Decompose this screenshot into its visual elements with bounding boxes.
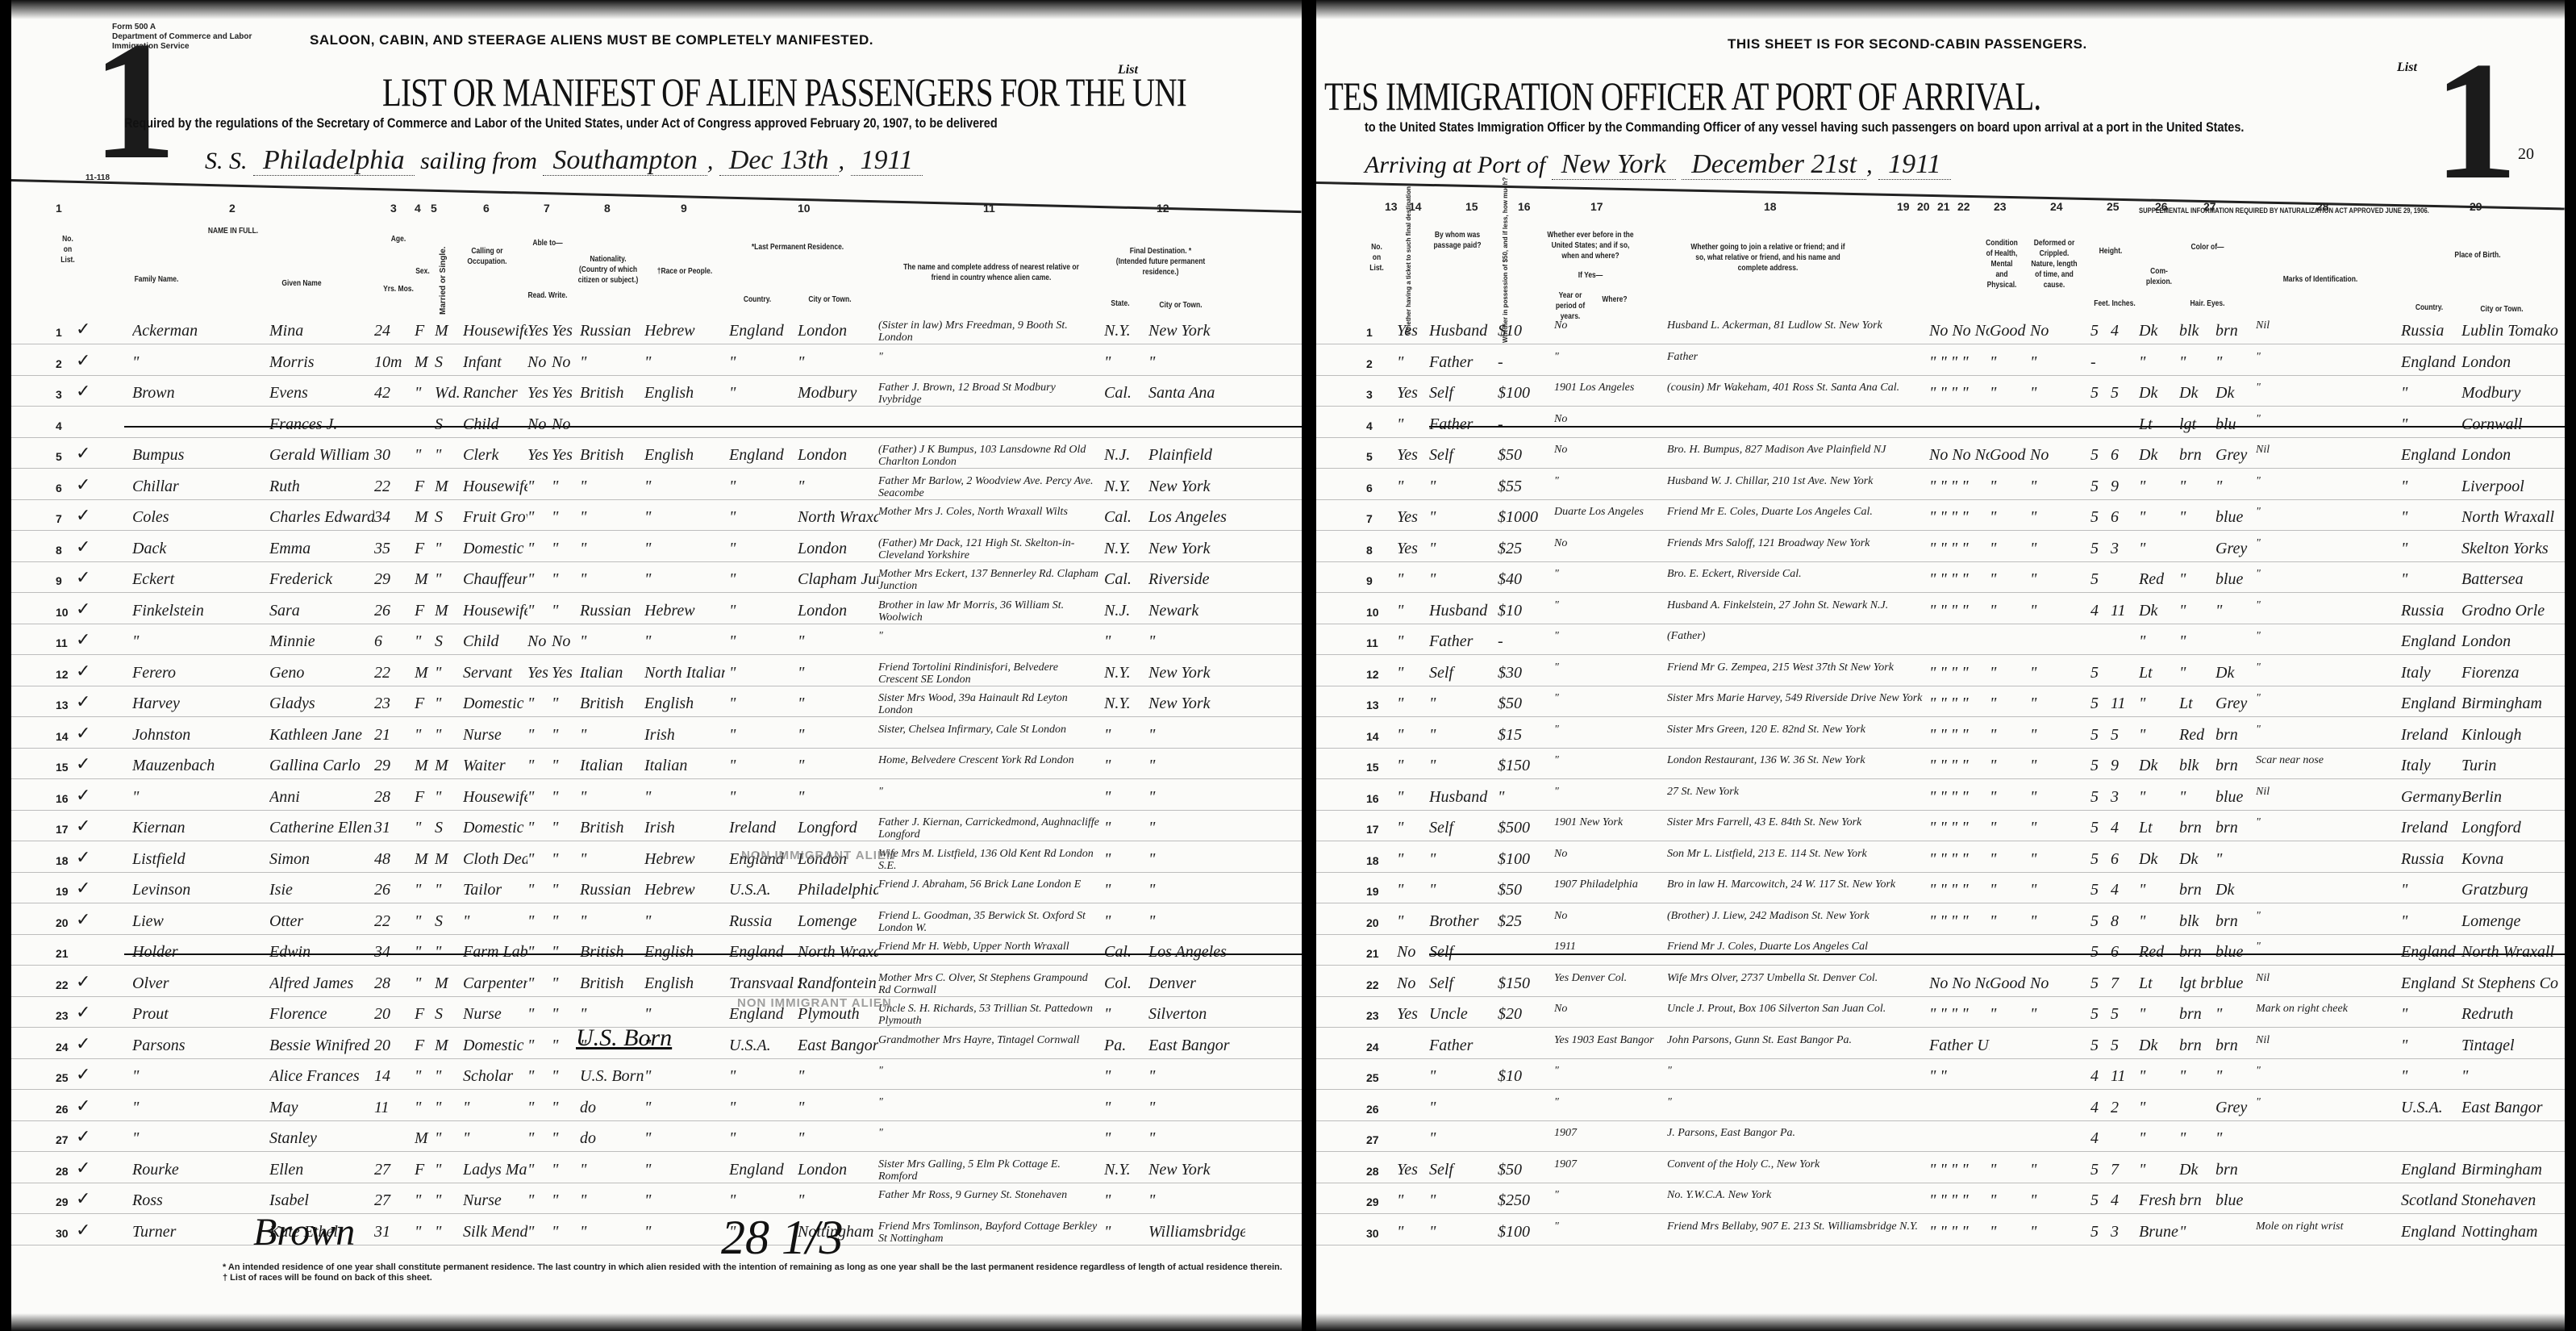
cell-dest-city: Santa Ana <box>1148 384 1245 403</box>
checkmark-icon: ✓ <box>76 1158 90 1179</box>
cell-money: $100 <box>1498 850 1554 869</box>
cell-relative: Wife Mrs M. Listfield, 136 Old Kent Rd L… <box>878 848 1100 872</box>
cell-state: " <box>1104 353 1144 372</box>
table-row: 20"Brother$25No(Brother) J. Liew, 242 Ma… <box>1316 909 2565 935</box>
cell-city: Randfontein <box>798 974 878 993</box>
header-given-name: Given Name <box>274 278 329 289</box>
cell-country: England <box>729 1161 802 1179</box>
header-ticket: Whether having a ticket to such final de… <box>1405 222 1412 335</box>
cell-read: " <box>527 1191 552 1210</box>
cell-joining: Friend Mr E. Coles, Duarte Los Angeles C… <box>1667 506 1941 518</box>
cell-state: " <box>1104 1005 1144 1024</box>
cell-complexion: Fresh <box>2139 1191 2179 1210</box>
cell-dest-city: Plainfield <box>1148 446 1245 465</box>
cell-given: Morris <box>269 353 374 372</box>
cell-flags: " " " " <box>1929 726 1990 745</box>
cell-hair: brn <box>2179 819 2215 837</box>
cell-no: 10 <box>1366 606 1390 619</box>
cell-complexion: " <box>2139 478 2179 496</box>
cell-country: England <box>729 943 802 962</box>
cell-relative: Sister Mrs Wood, 39a Hainault Rd Leyton … <box>878 692 1100 716</box>
cell-ms: S <box>435 1005 459 1024</box>
cell-ft: 5 <box>2090 384 2111 403</box>
cell-eyes: " <box>2215 602 2256 620</box>
cell-nationality: Russian <box>580 322 644 340</box>
cell-sex: " <box>415 819 435 837</box>
cell-ms: M <box>435 974 459 993</box>
cell-read: " <box>527 912 552 931</box>
cell-race: Irish <box>644 726 725 745</box>
cell-dest-city: East Bangor <box>1148 1037 1245 1055</box>
header-nationality: Nationality. (Country of which citizen o… <box>577 254 640 286</box>
cell-money: $50 <box>1498 881 1554 899</box>
cell-hair: " <box>2179 1223 2215 1241</box>
departure-year: 1911 <box>851 145 923 176</box>
cell-city: " <box>798 1067 878 1086</box>
column-number: 24 <box>2050 200 2063 213</box>
cell-paid: Father <box>1429 632 1502 651</box>
cell-eyes: Dk <box>2215 384 2256 403</box>
header-feet-inches: Feet. Inches. <box>2090 298 2139 309</box>
cell-hair: brn <box>2179 446 2215 465</box>
cell-marks: Mole on right wrist <box>2256 1220 2401 1233</box>
cell-relative: Mother Mrs Eckert, 137 Bennerley Rd. Cla… <box>878 568 1100 592</box>
footnote-races: † List of races will be found on back of… <box>223 1273 432 1283</box>
tally-annotation: 28 1/3 <box>721 1210 844 1266</box>
cell-money: $25 <box>1498 912 1554 931</box>
header-state: State. <box>1107 298 1134 309</box>
cell-nationality: " <box>580 850 644 869</box>
cell-relative: Uncle S. H. Richards, 53 Trillian St. Pa… <box>878 1003 1100 1027</box>
cell-health: Good <box>1990 446 2026 465</box>
checkmark-icon: ✓ <box>76 319 90 340</box>
cell-complexion: Dk <box>2139 850 2179 869</box>
cell-marks: " <box>2256 382 2401 394</box>
cell-paid: Father <box>1429 415 1502 434</box>
cell-nationality: " <box>580 912 644 931</box>
cell-write: " <box>552 1129 576 1148</box>
cell-occupation: Housewife <box>463 788 527 807</box>
cell-ticket: " <box>1397 353 1429 372</box>
cell-flags: No No No No <box>1929 974 1990 993</box>
cell-b-city: St Stephens Cornwall <box>2461 974 2558 993</box>
cell-state: " <box>1104 726 1144 745</box>
cell-money: $50 <box>1498 695 1554 713</box>
cell-sex: F <box>415 602 435 620</box>
cell-age: 20 <box>374 1037 406 1055</box>
cell-read: " <box>527 602 552 620</box>
cell-given: Kathleen Jane <box>269 726 374 745</box>
cell-nationality: do <box>580 1129 644 1148</box>
table-row: 1YesHusband$10NoHusband L. Ackerman, 81 … <box>1316 319 2565 344</box>
cell-sex: M <box>415 508 435 527</box>
checkmark-icon: ✓ <box>76 443 90 464</box>
cell-nationality: Russian <box>580 602 644 620</box>
cell-occupation: Chauffeur <box>463 570 527 589</box>
cell-paid: " <box>1429 508 1502 527</box>
cell-joining: Bro in law H. Marcowitch, 24 W. 117 St. … <box>1667 878 1941 891</box>
header-marks: Marks of Identification. <box>2276 274 2366 285</box>
cell-hair: brn <box>2179 1005 2215 1024</box>
cell-occupation: Silk Mender <box>463 1223 527 1241</box>
cell-ticket: " <box>1397 912 1429 931</box>
cell-nationality: Russian <box>580 881 644 899</box>
cell-money: $100 <box>1498 384 1554 403</box>
cell-no: 9 <box>1366 574 1390 587</box>
cell-read: " <box>527 1129 552 1148</box>
cell-before: " <box>1554 661 1663 674</box>
cell-ticket: " <box>1397 602 1429 620</box>
cell-paid: Father <box>1429 353 1502 372</box>
cell-read: No <box>527 415 552 434</box>
cell-b-country: Italy <box>2401 664 2466 682</box>
cell-race: " <box>644 540 725 558</box>
column-number: 23 <box>1994 200 2007 213</box>
cell-no: 23 <box>1366 1009 1390 1022</box>
checkmark-icon: ✓ <box>76 1033 90 1054</box>
cell-city: " <box>798 353 878 372</box>
cell-hair: " <box>2179 602 2215 620</box>
cell-write: " <box>552 1067 576 1086</box>
cell-read: " <box>527 881 552 899</box>
cell-sex: M <box>415 1129 435 1148</box>
column-number: 8 <box>604 202 611 215</box>
cell-marks: " <box>2256 351 2401 363</box>
cell-hair: Dk <box>2179 850 2215 869</box>
cell-race: English <box>644 446 725 465</box>
cell-race: North Italian <box>644 664 725 682</box>
table-row: 26"""42"Grey"U.S.A.East Bangor <box>1316 1095 2565 1121</box>
cell-occupation: Infant <box>463 353 527 372</box>
cell-city: " <box>798 757 878 775</box>
table-row: 15""$150"London Restaurant, 136 W. 36 St… <box>1316 753 2565 779</box>
us-born-annotation: U.S. Born <box>576 1024 672 1052</box>
header-height: Height. <box>2094 246 2128 257</box>
cell-state: Cal. <box>1104 570 1144 589</box>
ss-label: S. S. <box>205 148 248 174</box>
cell-ft: 5 <box>2090 912 2111 931</box>
cell-joining: No. Y.W.C.A. New York <box>1667 1189 1941 1201</box>
cell-no: 21 <box>56 947 80 960</box>
table-row: 6✓ChillarRuth22FMHousewife""""""Father M… <box>11 474 1302 500</box>
cell-sex: " <box>415 1223 435 1241</box>
cell-joining: Sister Mrs Marie Harvey, 549 Riverside D… <box>1667 692 1941 704</box>
cell-before: " <box>1554 568 1663 580</box>
cell-country: " <box>729 384 802 403</box>
cell-health: " <box>1990 1223 2026 1241</box>
cell-complexion: " <box>2139 726 2179 745</box>
cell-before: " <box>1554 786 1663 798</box>
cell-ft: 5 <box>2090 757 2111 775</box>
checkmark-icon: ✓ <box>76 691 90 712</box>
cell-money: $40 <box>1498 570 1554 589</box>
cell-money: - <box>1498 415 1554 434</box>
cell-b-city: Modbury <box>2461 384 2558 403</box>
cell-ft: 5 <box>2090 1037 2111 1055</box>
cell-paid: Self <box>1429 1161 1502 1179</box>
cell-dest-city: " <box>1148 757 1245 775</box>
cell-money: $10 <box>1498 1067 1554 1086</box>
cell-b-city: Tintagel <box>2461 1037 2558 1055</box>
cell-b-country: England <box>2401 974 2466 993</box>
cell-family: Listfield <box>132 850 269 869</box>
cell-b-city: East Bangor <box>2461 1099 2558 1117</box>
cell-ms: " <box>435 881 459 899</box>
cell-city: London <box>798 446 878 465</box>
cell-b-country: England <box>2401 943 2466 962</box>
header-name-in-full: NAME IN FULL. <box>181 226 285 236</box>
cell-family: Mauzenbach <box>132 757 269 775</box>
cell-age: 24 <box>374 322 406 340</box>
checkmark-icon: ✓ <box>76 971 90 992</box>
cell-no: 25 <box>1366 1071 1390 1084</box>
cell-b-city: Longford <box>2461 819 2558 837</box>
column-number: 9 <box>681 202 687 215</box>
cell-given: Gerald William <box>269 446 374 465</box>
cell-city: Clapham Junction <box>798 570 878 589</box>
cell-b-country: " <box>2401 881 2466 899</box>
header-dest-city: City or Town. <box>1153 300 1208 311</box>
cell-occupation: Waiter <box>463 757 527 775</box>
cell-city: North Wraxall <box>798 943 878 962</box>
cell-joining: Uncle J. Prout, Box 106 Silverton San Ju… <box>1667 1003 1941 1015</box>
cell-deformed: " <box>2030 1223 2074 1241</box>
cell-money: - <box>1498 353 1554 372</box>
cell-write: " <box>552 1223 576 1241</box>
cell-in: 11 <box>2111 1067 2131 1086</box>
cell-b-country: Italy <box>2401 757 2466 775</box>
column-number: 15 <box>1465 200 1478 213</box>
column-number: 22 <box>1957 200 1970 213</box>
form-id-line: Form 500 A <box>112 23 252 32</box>
cell-paid: Self <box>1429 819 1502 837</box>
cell-b-city: London <box>2461 632 2558 651</box>
cell-ms: " <box>435 540 459 558</box>
cell-age: 23 <box>374 695 406 713</box>
cell-read: " <box>527 819 552 837</box>
cell-nationality: " <box>580 632 644 651</box>
cell-family: Ross <box>132 1191 269 1210</box>
column-number: 13 <box>1385 200 1398 213</box>
cell-joining: London Restaurant, 136 W. 36 St. New Yor… <box>1667 754 1941 766</box>
cell-race: " <box>644 570 725 589</box>
cell-hair: blk <box>2179 322 2215 340</box>
cell-age: 26 <box>374 881 406 899</box>
checkmark-icon: ✓ <box>76 909 90 930</box>
cell-family: Kiernan <box>132 819 269 837</box>
cell-b-country: Russia <box>2401 850 2466 869</box>
cell-marks: " <box>2256 692 2401 704</box>
cell-read: " <box>527 757 552 775</box>
non-immigrant-stamp: NON IMMIGRANT ALIEN <box>737 996 892 1010</box>
cell-write: " <box>552 1037 576 1055</box>
cell-paid: Husband <box>1429 322 1502 340</box>
cell-no: 6 <box>1366 482 1390 494</box>
manifest-left-page: 1 Form 500 A Department of Commerce and … <box>11 0 1302 1331</box>
cell-ms: " <box>435 446 459 465</box>
cell-sex: " <box>415 384 435 403</box>
cell-write: Yes <box>552 446 576 465</box>
sailing-from-label: sailing from <box>420 148 537 174</box>
cell-flags: " " <box>1929 1067 1990 1086</box>
cell-country: " <box>729 664 802 682</box>
header-where: Where? <box>1601 294 1628 305</box>
cell-age: 31 <box>374 1223 406 1241</box>
cell-read: " <box>527 726 552 745</box>
cell-b-country: England <box>2401 446 2466 465</box>
cell-deformed: " <box>2030 664 2074 682</box>
cell-before: " <box>1554 1096 1663 1108</box>
table-row: 25✓"Alice Frances14""Scholar""U.S. Born"… <box>11 1064 1302 1090</box>
checkmark-icon: ✓ <box>76 629 90 650</box>
table-row: 14✓JohnstonKathleen Jane21""Nurse"""Iris… <box>11 723 1302 749</box>
cell-hair: " <box>2179 1067 2215 1086</box>
cell-ms: M <box>435 757 459 775</box>
cell-dest-city: " <box>1148 353 1245 372</box>
cell-state: N.Y. <box>1104 1161 1144 1179</box>
cell-hair: " <box>2179 664 2215 682</box>
cell-family: " <box>132 1129 269 1148</box>
supplemental-banner: SUPPLEMENTAL INFORMATION REQUIRED BY NAT… <box>2099 206 2470 216</box>
cell-family: Prout <box>132 1005 269 1024</box>
table-row: 20✓LiewOtter22"S"""""RussiaLomengeFriend… <box>11 909 1302 935</box>
cell-ticket: " <box>1397 570 1429 589</box>
cell-b-city: London <box>2461 446 2558 465</box>
cell-city: Longford <box>798 819 878 837</box>
cell-ticket: Yes <box>1397 384 1429 403</box>
table-row: 4Frances J.SChildNoNo <box>11 412 1302 438</box>
cell-country: Ireland <box>729 819 802 837</box>
cell-health: " <box>1990 850 2026 869</box>
cell-eyes: blue <box>2215 1191 2256 1210</box>
cell-race: Hebrew <box>644 881 725 899</box>
header-last-residence: *Last Permanent Residence. <box>740 242 857 252</box>
cell-sex: " <box>415 881 435 899</box>
cell-paid: " <box>1429 1099 1502 1117</box>
cell-ticket: " <box>1397 664 1429 682</box>
cell-relative: Sister Mrs Galling, 5 Elm Pk Cottage E. … <box>878 1158 1100 1183</box>
cell-marks: Mark on right cheek <box>2256 1003 2401 1015</box>
cell-ticket: " <box>1397 1191 1429 1210</box>
checkmark-icon: ✓ <box>76 599 90 620</box>
checkmark-icon: ✓ <box>76 878 90 899</box>
cell-age: 34 <box>374 508 406 527</box>
cell-ticket: No <box>1397 974 1429 993</box>
cell-race: " <box>644 788 725 807</box>
cell-before: 1907 <box>1554 1158 1663 1170</box>
cell-before: 1907 <box>1554 1127 1663 1139</box>
cell-in: 5 <box>2111 1005 2131 1024</box>
cell-flags: " " " " <box>1929 478 1990 496</box>
cell-ms: " <box>435 1223 459 1241</box>
cell-nationality: " <box>580 540 644 558</box>
cell-ms: " <box>435 788 459 807</box>
cell-ft: 4 <box>2090 1129 2111 1148</box>
cell-eyes: " <box>2215 353 2256 372</box>
header-complexion: Com-plexion. <box>2142 266 2177 287</box>
header-if-yes: If Yes— <box>1563 270 1618 281</box>
header-yrs-mos: Yrs. Mos. <box>378 284 419 294</box>
cell-eyes: blue <box>2215 788 2256 807</box>
cell-country: " <box>729 1129 802 1148</box>
cell-dest-city: " <box>1148 819 1245 837</box>
scan-edge <box>1316 1313 2565 1331</box>
cell-state: " <box>1104 632 1144 651</box>
cell-no: 30 <box>1366 1227 1390 1240</box>
cell-b-country: " <box>2401 478 2466 496</box>
cell-state: " <box>1104 788 1144 807</box>
cell-state: " <box>1104 1191 1144 1210</box>
cell-money: $50 <box>1498 1161 1554 1179</box>
column-number: 10 <box>798 202 811 215</box>
cell-family: Finkelstein <box>132 602 269 620</box>
cell-ticket: " <box>1397 881 1429 899</box>
cell-ticket: Yes <box>1397 540 1429 558</box>
cell-nationality: British <box>580 446 644 465</box>
cell-complexion: Lt <box>2139 819 2179 837</box>
checkmark-icon: ✓ <box>76 1064 90 1085</box>
cell-family: Harvey <box>132 695 269 713</box>
table-row: 28YesSelf$501907Convent of the Holy C., … <box>1316 1158 2565 1183</box>
cell-eyes: " <box>2215 478 2256 496</box>
cell-before: Yes 1903 East Bangor <box>1554 1034 1663 1046</box>
cell-given: Alice Frances <box>269 1067 374 1086</box>
checkmark-icon: ✓ <box>76 723 90 744</box>
cell-given: Isie <box>269 881 374 899</box>
header-condition: Condition of Health, Mental and Physical… <box>1985 238 2020 290</box>
cell-dest-city: New York <box>1148 1161 1245 1179</box>
cell-marks: Nil <box>2256 444 2401 456</box>
cell-deformed: " <box>2030 540 2074 558</box>
cell-occupation: Tailor <box>463 881 527 899</box>
cell-relative: Father J. Brown, 12 Broad St Modbury Ivy… <box>878 382 1100 406</box>
cell-city: " <box>798 1191 878 1210</box>
checkmark-icon: ✓ <box>76 1188 90 1209</box>
cell-marks: " <box>2256 661 2401 674</box>
cell-ms: M <box>435 322 459 340</box>
cell-sex: F <box>415 478 435 496</box>
cell-dest-city: New York <box>1148 478 1245 496</box>
cell-write: " <box>552 695 576 713</box>
cell-race: " <box>644 1129 725 1148</box>
table-row: 24FatherYes 1903 East BangorJohn Parsons… <box>1316 1033 2565 1059</box>
cell-given: Emma <box>269 540 374 558</box>
cell-flags: " " " " <box>1929 384 1990 403</box>
cell-given: Ruth <box>269 478 374 496</box>
cell-health: " <box>1990 540 2026 558</box>
cell-sex: " <box>415 974 435 993</box>
cell-marks: Scar near nose <box>2256 754 2401 766</box>
cell-dest-city: " <box>1148 912 1245 931</box>
arrival-port: New York <box>1552 149 1676 180</box>
cell-ft: 5 <box>2090 1223 2111 1241</box>
cell-country: " <box>729 788 802 807</box>
cell-deformed: " <box>2030 912 2074 931</box>
cell-ms: M <box>435 1037 459 1055</box>
cell-health: " <box>1990 664 2026 682</box>
cell-nationality: British <box>580 819 644 837</box>
cell-money: $250 <box>1498 1191 1554 1210</box>
cell-joining: (Father) <box>1667 630 1941 642</box>
cell-marks: Nil <box>2256 319 2401 332</box>
cell-sex: M <box>415 757 435 775</box>
cell-ms: S <box>435 632 459 651</box>
cell-given: Geno <box>269 664 374 682</box>
cell-family: " <box>132 1067 269 1086</box>
cell-write: " <box>552 943 576 962</box>
cell-nationality: do <box>580 1099 644 1117</box>
cell-city: " <box>798 1129 878 1148</box>
